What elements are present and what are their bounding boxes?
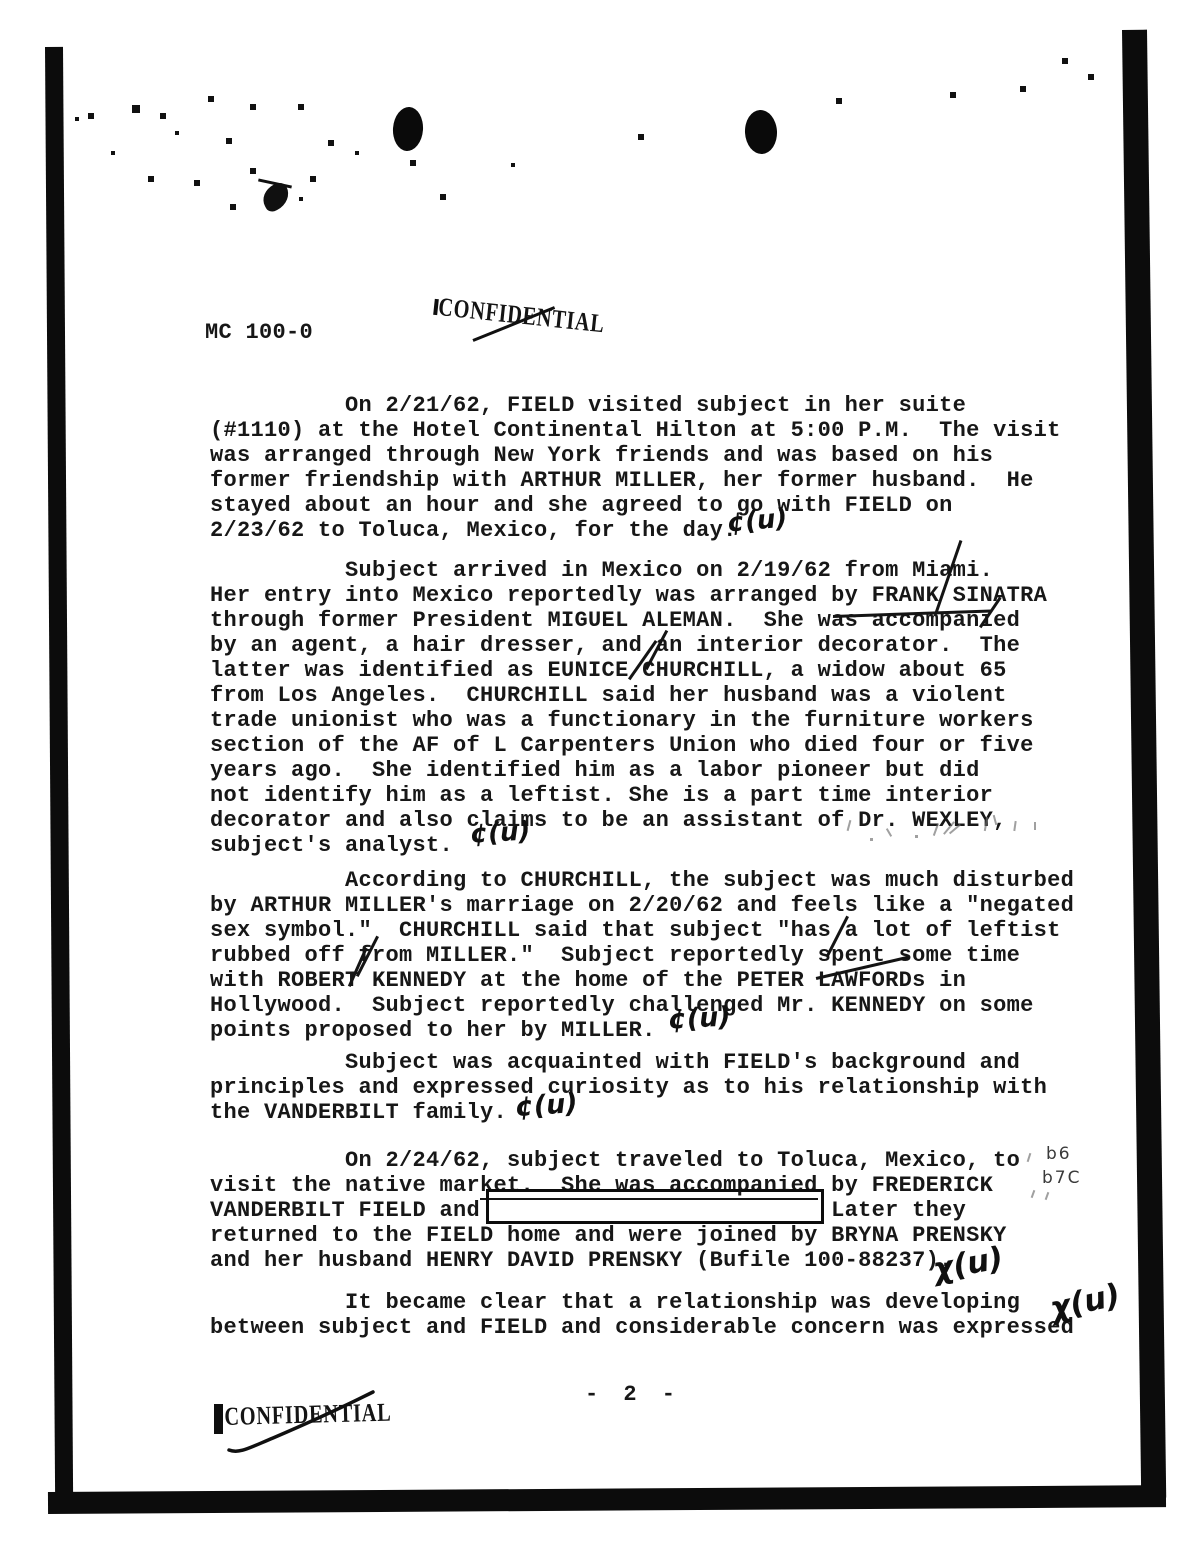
- case-number: MC 100-0: [205, 320, 313, 345]
- paragraph-5-line4: returned to the FIELD home and were join…: [210, 1223, 1007, 1248]
- paragraph-2: Subject arrived in Mexico on 2/19/62 fro…: [210, 558, 1110, 858]
- scan-edge-right: [1122, 30, 1166, 1498]
- pencil-scribble: [1034, 822, 1036, 830]
- handwritten-classification-mark: ¢(u): [667, 1001, 731, 1035]
- pencil-scribble: [915, 835, 918, 838]
- ink-blob: [392, 106, 425, 152]
- paragraph-3: According to CHURCHILL, the subject was …: [210, 868, 1110, 1043]
- scanned-document-page: CONFIDENTIAL MC 100-0 On 2/21/62, FIELD …: [0, 0, 1200, 1551]
- paragraph-5-line1: On 2/24/62, subject traveled to Toluca, …: [210, 1148, 1020, 1173]
- handwritten-classification-mark: ¢(u): [726, 503, 789, 538]
- paragraph-5-line2c: by FREDERICK: [818, 1173, 994, 1198]
- page-number: - 2 -: [585, 1382, 681, 1407]
- margin-code-b6: b6: [1046, 1144, 1072, 1164]
- margin-code-b7c: b7C: [1042, 1168, 1081, 1188]
- paragraph-4: Subject was acquainted with FIELD's back…: [210, 1050, 1110, 1125]
- scan-speckles: [0, 0, 2, 2]
- scan-edge-left: [45, 47, 73, 1513]
- ink-blob: [744, 109, 778, 155]
- handwritten-classification-mark: χ(u): [1047, 1277, 1123, 1327]
- paragraph-1: On 2/21/62, FIELD visited subject in her…: [210, 393, 1110, 543]
- confidential-stamp-top: CONFIDENTIAL: [437, 292, 606, 339]
- paragraph-5-line5: and her husband HENRY DAVID PRENSKY (Buf…: [210, 1248, 953, 1273]
- redaction-box: [486, 1189, 824, 1224]
- stamp-strike-swoosh: [215, 1380, 435, 1460]
- pencil-scribble: [870, 838, 873, 841]
- paragraph-5-line2a: visit the native mar: [210, 1173, 480, 1198]
- handwritten-classification-mark: ¢(u): [514, 1088, 579, 1123]
- scan-edge-bottom: [48, 1485, 1166, 1514]
- paragraph-6: It became clear that a relationship was …: [210, 1290, 1110, 1340]
- handwritten-classification-mark: ¢(u): [469, 816, 531, 849]
